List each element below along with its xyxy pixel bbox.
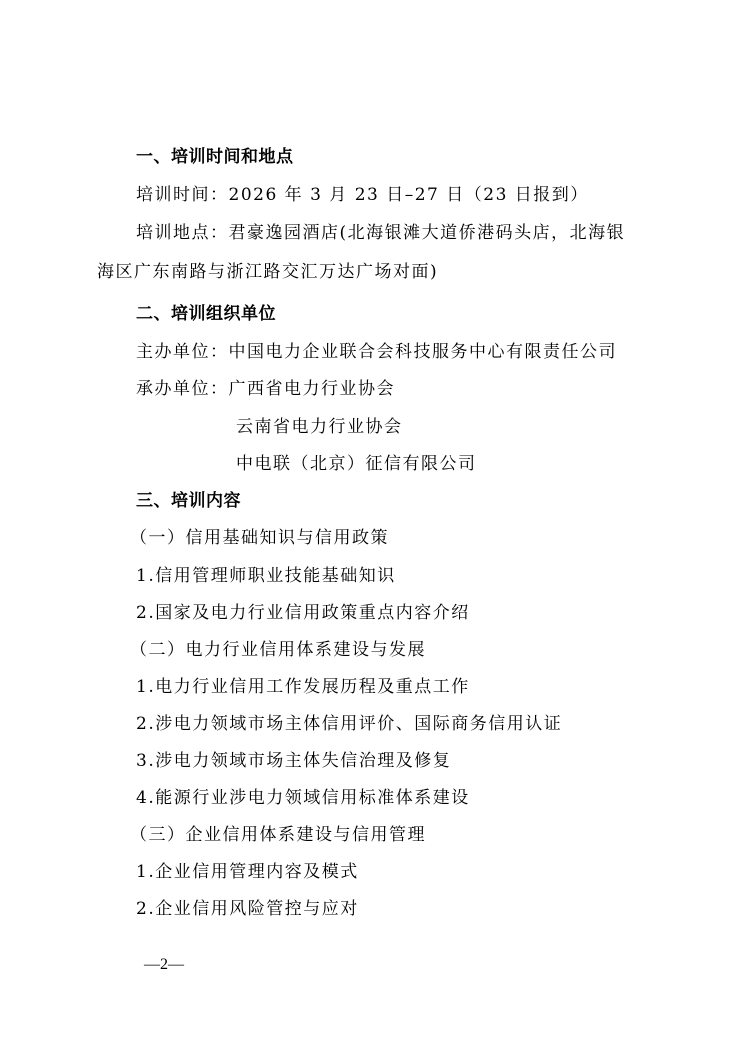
text-line: 2.企业信用风险管控与应对: [136, 898, 359, 920]
text-line: 海区广东南路与浙江路交汇万达广场对面): [97, 261, 438, 283]
text-line: （三）企业信用体系建设与信用管理: [130, 824, 426, 846]
text-line: 1.信用管理师职业技能基础知识: [136, 565, 396, 587]
section-heading: 一、培训时间和地点: [136, 146, 294, 168]
text-line: 3.涉电力领域市场主体失信治理及修复: [136, 750, 451, 772]
text-line: （二）电力行业信用体系建设与发展: [130, 639, 426, 661]
text-line: 培训时间：2026 年 3 月 23 日–27 日（23 日报到）: [136, 184, 589, 206]
text-line: （一）信用基础知识与信用政策: [130, 527, 389, 549]
page-number: —2—: [144, 955, 184, 975]
text-line: 4.能源行业涉电力领域信用标准体系建设: [136, 787, 470, 809]
text-line: 中电联（北京）征信有限公司: [236, 453, 477, 475]
section-heading: 三、培训内容: [136, 490, 241, 512]
section-heading: 二、培训组织单位: [136, 303, 276, 325]
text-line: 主办单位：中国电力企业联合会科技服务中心有限责任公司: [136, 341, 617, 363]
text-line: 2.涉电力领域市场主体信用评价、国际商务信用认证: [136, 713, 562, 735]
text-line: 云南省电力行业协会: [236, 416, 403, 438]
text-line: 承办单位：广西省电力行业协会: [136, 378, 395, 400]
text-line: 1.电力行业信用工作发展历程及重点工作: [136, 676, 470, 698]
document-page: 一、培训时间和地点培训时间：2026 年 3 月 23 日–27 日（23 日报…: [0, 0, 750, 1061]
text-line: 2.国家及电力行业信用政策重点内容介绍: [136, 602, 470, 624]
text-line: 1.企业信用管理内容及模式: [136, 861, 359, 883]
text-line: 培训地点：君豪逸园酒店(北海银滩大道侨港码头店，北海银: [136, 222, 625, 244]
